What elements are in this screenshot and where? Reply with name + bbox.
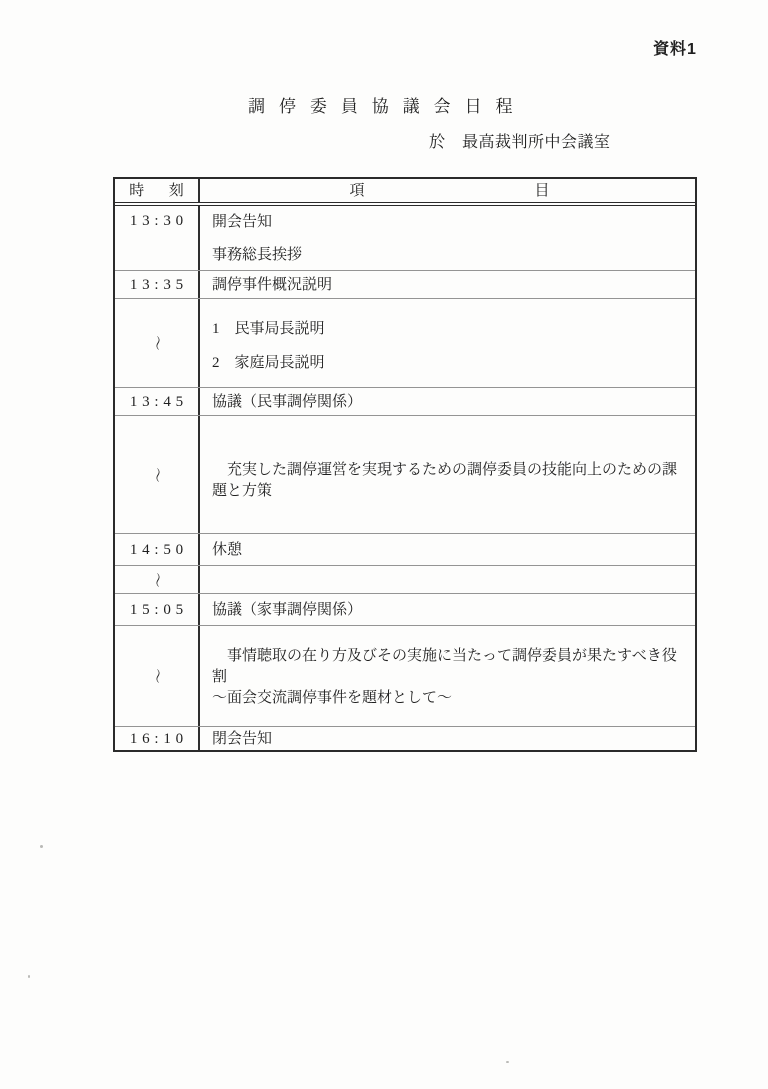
- table-row: 〜 1 民事局長説明 2 家庭局長説明: [115, 298, 695, 387]
- item-text: 調停事件概況説明: [212, 275, 332, 295]
- item-text: ～面会交流調停事件を題材として～: [212, 688, 687, 709]
- item-text: 開会告知: [212, 212, 687, 232]
- time-cell: 〜: [115, 566, 200, 593]
- time-cell: 13:45: [115, 388, 200, 415]
- item-text: 1 民事局長説明: [212, 319, 687, 339]
- item-cell: [200, 566, 695, 593]
- item-cell: 協議（家事調停関係）: [200, 594, 695, 625]
- table-row: 〜 充実した調停運営を実現するための調停委員の技能向上のための課題と方策: [115, 415, 695, 533]
- item-cell: 休憩: [200, 534, 695, 565]
- time-cell: 16:10: [115, 727, 200, 750]
- table-row: 15:05 協議（家事調停関係）: [115, 593, 695, 625]
- item-cell: 事情聴取の在り方及びその実施に当たって調停委員が果たすべき役割 ～面会交流調停事…: [200, 626, 695, 726]
- header-time-label: 時 刻: [124, 181, 188, 201]
- item-text: 充実した調停運営を実現するための調停委員の技能向上のための課題と方策: [212, 460, 687, 502]
- schedule-table: 時 刻 項 目 13:30 開会告知 事務総長挨拶 13:35 調停事件概況説明…: [113, 177, 697, 752]
- time-value: 15:05: [125, 600, 188, 620]
- doc-label: 資料1: [653, 36, 697, 59]
- page-title: 調停委員協議会日程: [248, 92, 526, 117]
- item-cell: 充実した調停運営を実現するための調停委員の技能向上のための課題と方策: [200, 416, 695, 533]
- table-row: 13:30 開会告知 事務総長挨拶: [115, 206, 695, 270]
- table-row: 〜 事情聴取の在り方及びその実施に当たって調停委員が果たすべき役割 ～面会交流調…: [115, 625, 695, 726]
- item-cell: 閉会告知: [200, 727, 695, 750]
- header-time-cell: 時 刻: [115, 179, 200, 202]
- time-cell: 15:05: [115, 594, 200, 625]
- time-cell: 14:50: [115, 534, 200, 565]
- scan-speck: [506, 1061, 509, 1063]
- time-value: 13:45: [125, 392, 188, 412]
- table-header-row: 時 刻 項 目: [115, 179, 695, 206]
- item-text: 協議（家事調停関係）: [212, 600, 362, 620]
- item-text: 休憩: [212, 540, 242, 560]
- item-cell: 開会告知 事務総長挨拶: [200, 206, 695, 270]
- header-item-cell: 項 目: [200, 179, 695, 202]
- time-range-tilde: 〜: [146, 335, 166, 350]
- venue-line: 於 最高裁判所中会議室: [429, 129, 611, 152]
- item-text: 事情聴取の在り方及びその実施に当たって調停委員が果たすべき役割: [212, 646, 687, 688]
- header-item-label-right: 目: [535, 181, 550, 201]
- item-cell: 調停事件概況説明: [200, 271, 695, 298]
- time-cell: 〜: [115, 299, 200, 387]
- time-range-tilde: 〜: [146, 572, 166, 587]
- item-text: 協議（民事調停関係）: [212, 392, 362, 412]
- scan-speck: [40, 845, 43, 848]
- table-row: 14:50 休憩: [115, 533, 695, 565]
- table-row: 〜: [115, 565, 695, 593]
- time-range-tilde: 〜: [146, 668, 166, 683]
- scan-speck: [28, 975, 30, 978]
- scanned-document-page: { "page": { "doc_label": "資料1", "title":…: [0, 0, 768, 1089]
- time-cell: 〜: [115, 626, 200, 726]
- item-text: 2 家庭局長説明: [212, 353, 687, 373]
- item-cell: 1 民事局長説明 2 家庭局長説明: [200, 299, 695, 387]
- time-cell: 〜: [115, 416, 200, 533]
- time-value: 13:30: [125, 211, 188, 231]
- item-cell: 協議（民事調停関係）: [200, 388, 695, 415]
- table-row: 13:35 調停事件概況説明: [115, 270, 695, 298]
- time-value: 16:10: [125, 729, 188, 749]
- table-row: 16:10 閉会告知: [115, 726, 695, 750]
- item-text: 閉会告知: [212, 729, 272, 749]
- item-text: 事務総長挨拶: [212, 245, 687, 265]
- header-item-label-left: 項: [349, 181, 364, 201]
- table-row: 13:45 協議（民事調停関係）: [115, 387, 695, 415]
- time-value: 14:50: [125, 540, 188, 560]
- time-range-tilde: 〜: [146, 467, 166, 482]
- time-cell: 13:35: [115, 271, 200, 298]
- time-value: 13:35: [125, 275, 188, 295]
- time-cell: 13:30: [115, 206, 200, 270]
